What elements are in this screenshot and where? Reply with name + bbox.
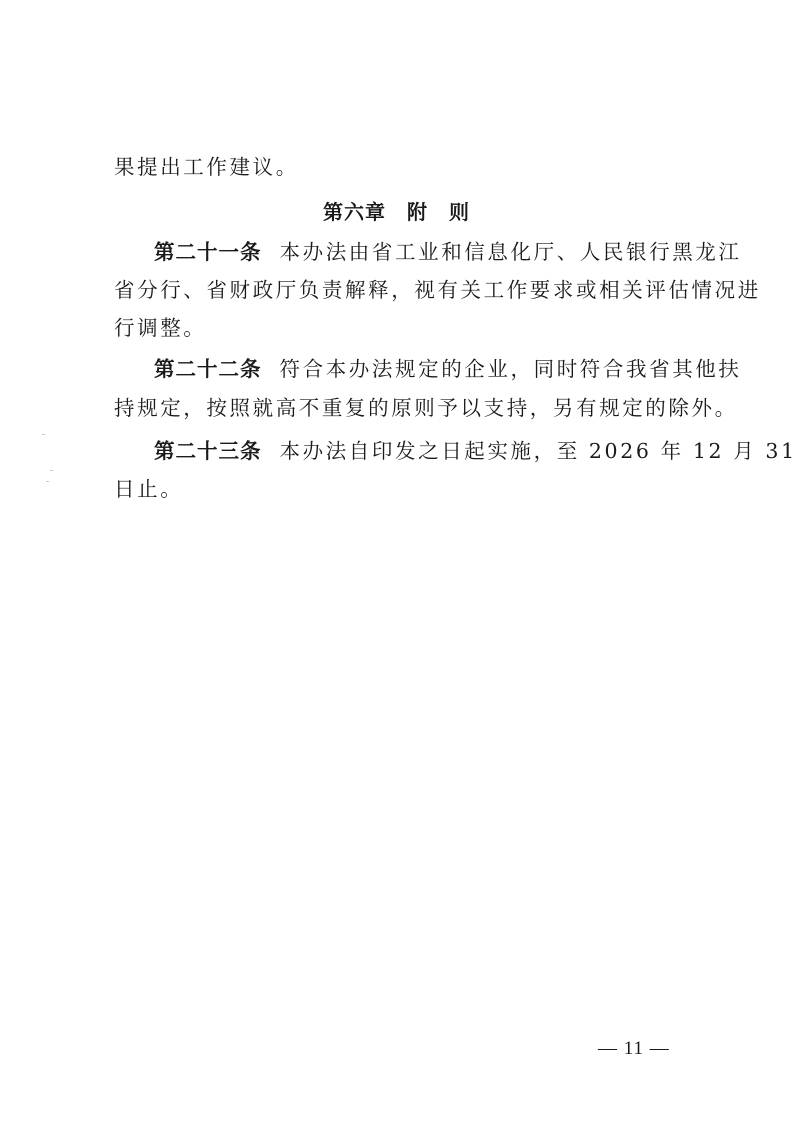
- continuation-text: 果提出工作建议。: [114, 153, 694, 181]
- article-21-line-3: 行调整。: [114, 314, 694, 342]
- page-number: — 11 —: [598, 1035, 670, 1063]
- scan-artifact: [42, 434, 45, 435]
- scan-artifact: [50, 470, 53, 471]
- article-text: 符合本办法规定的企业，同时符合我省其他扶: [280, 357, 742, 381]
- article-21-first-line: 第二十一条本办法由省工业和信息化厅、人民银行黑龙江: [154, 238, 734, 266]
- article-22-first-line: 第二十二条符合本办法规定的企业，同时符合我省其他扶: [154, 355, 734, 383]
- article-number: 第二十二条: [154, 357, 262, 381]
- scan-artifact: [46, 481, 49, 482]
- document-page: 果提出工作建议。 第六章 附 则 第二十一条本办法由省工业和信息化厅、人民银行黑…: [0, 0, 793, 1121]
- article-21-line-2: 省分行、省财政厅负责解释，视有关工作要求或相关评估情况进: [114, 276, 694, 304]
- article-text: 本办法自印发之日起实施，至 2026 年 12 月 31: [280, 439, 793, 463]
- article-22-line-2: 持规定，按照就高不重复的原则予以支持，另有规定的除外。: [114, 394, 694, 422]
- article-23-line-2: 日止。: [114, 475, 694, 503]
- article-text: 本办法由省工业和信息化厅、人民银行黑龙江: [280, 240, 742, 264]
- article-number: 第二十三条: [154, 439, 262, 463]
- article-23-first-line: 第二十三条本办法自印发之日起实施，至 2026 年 12 月 31: [154, 437, 734, 465]
- article-number: 第二十一条: [154, 240, 262, 264]
- chapter-heading: 第六章 附 则: [0, 198, 793, 226]
